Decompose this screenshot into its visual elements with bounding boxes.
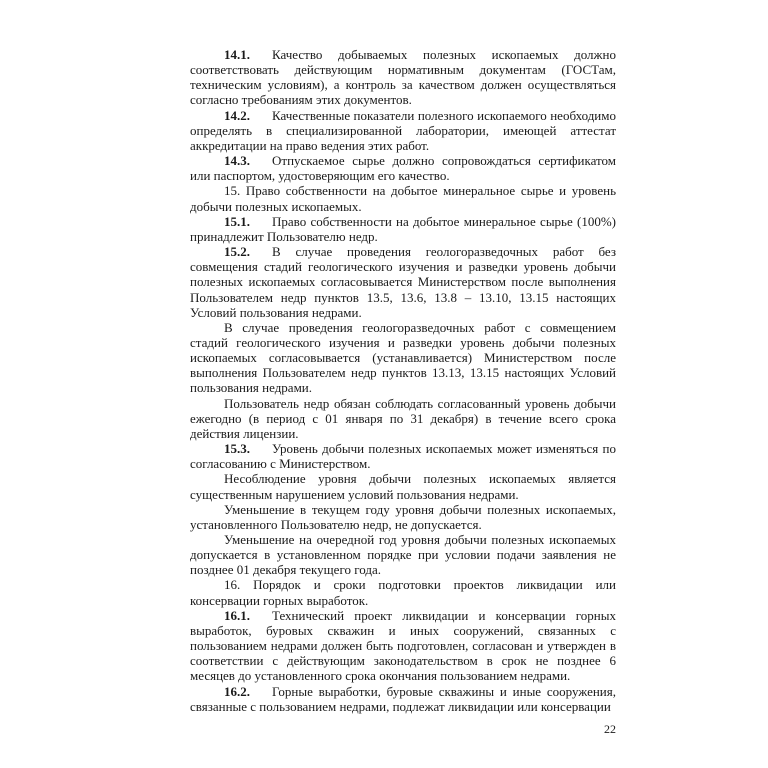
paragraph-text: 16. Порядок и сроки подготовки проектов …	[190, 577, 616, 607]
paragraph-15-2-c: Пользователь недр обязан соблюдать согла…	[190, 396, 616, 441]
clause-number: 14.1.	[224, 47, 272, 62]
paragraph-14-1: 14.1.Качество добываемых полезных ископа…	[190, 47, 616, 108]
paragraph-text: Уменьшение на очередной год уровня добыч…	[190, 532, 616, 577]
paragraph-15-3: 15.3.Уровень добычи полезных ископаемых …	[190, 441, 616, 471]
paragraph-15-3-b: Несоблюдение уровня добычи полезных иско…	[190, 471, 616, 501]
paragraph-15-3-d: Уменьшение на очередной год уровня добыч…	[190, 532, 616, 577]
paragraph-15-2: 15.2.В случае проведения геологоразведоч…	[190, 244, 616, 320]
paragraph-15-2-b: В случае проведения геологоразведочных р…	[190, 320, 616, 396]
clause-number: 14.3.	[224, 153, 272, 168]
paragraph-text: В случае проведения геологоразведочных р…	[190, 320, 616, 396]
section-heading-16: 16. Порядок и сроки подготовки проектов …	[190, 577, 616, 607]
section-heading-15: 15. Право собственности на добытое минер…	[190, 183, 616, 213]
paragraph-15-3-c: Уменьшение в текущем году уровня добычи …	[190, 502, 616, 532]
paragraph-text: Несоблюдение уровня добычи полезных иско…	[190, 471, 616, 501]
paragraph-14-2: 14.2.Качественные показатели полезного и…	[190, 108, 616, 153]
clause-number: 16.2.	[224, 684, 272, 699]
clause-number: 14.2.	[224, 108, 272, 123]
paragraph-text: Пользователь недр обязан соблюдать согла…	[190, 396, 616, 441]
paragraph-text: 15. Право собственности на добытое минер…	[190, 183, 616, 213]
clause-number: 15.1.	[224, 214, 272, 229]
clause-number: 15.3.	[224, 441, 272, 456]
paragraph-16-1: 16.1.Технический проект ликвидации и кон…	[190, 608, 616, 684]
document-page: 14.1.Качество добываемых полезных ископа…	[190, 47, 616, 714]
paragraph-14-3: 14.3.Отпускаемое сырье должно сопровожда…	[190, 153, 616, 183]
paragraph-15-1: 15.1.Право собственности на добытое мине…	[190, 214, 616, 244]
paragraph-16-2: 16.2.Горные выработки, буровые скважины …	[190, 684, 616, 714]
clause-number: 15.2.	[224, 244, 272, 259]
clause-number: 16.1.	[224, 608, 272, 623]
page-number: 22	[600, 722, 616, 737]
paragraph-text: Уменьшение в текущем году уровня добычи …	[190, 502, 616, 532]
